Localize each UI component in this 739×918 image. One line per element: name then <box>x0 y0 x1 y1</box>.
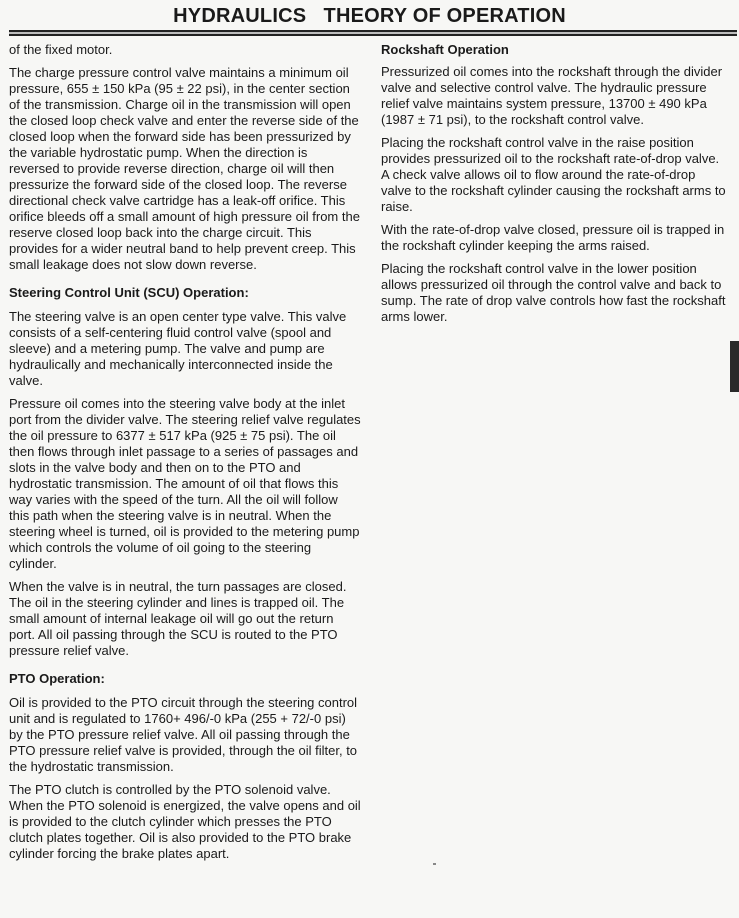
left-column: of the fixed motor. The charge pressure … <box>9 42 361 869</box>
pto-paragraph-2: The PTO clutch is controlled by the PTO … <box>9 782 361 862</box>
rockshaft-paragraph-1: Pressurized oil comes into the rockshaft… <box>381 64 727 128</box>
header-double-rule <box>9 30 737 36</box>
scu-operation-heading: Steering Control Unit (SCU) Operation: <box>9 285 361 301</box>
continued-text: of the fixed motor. <box>9 42 361 58</box>
page-header: HYDRAULICS THEORY OF OPERATION <box>0 0 739 28</box>
right-column: Rockshaft Operation Pressurized oil come… <box>381 42 727 332</box>
scu-paragraph-3: When the valve is in neutral, the turn p… <box>9 579 361 659</box>
rockshaft-operation-heading: Rockshaft Operation <box>381 42 727 58</box>
rockshaft-paragraph-2: Placing the rockshaft control valve in t… <box>381 135 727 215</box>
scan-speck <box>433 863 436 865</box>
rockshaft-paragraph-3: With the rate-of-drop valve closed, pres… <box>381 222 727 254</box>
pto-operation-heading: PTO Operation: <box>9 671 361 687</box>
pto-paragraph-1: Oil is provided to the PTO circuit throu… <box>9 695 361 775</box>
rockshaft-paragraph-4: Placing the rockshaft control valve in t… <box>381 261 727 325</box>
charge-pressure-paragraph: The charge pressure control valve mainta… <box>9 65 361 273</box>
scu-paragraph-1: The steering valve is an open center typ… <box>9 309 361 389</box>
page-title: HYDRAULICS THEORY OF OPERATION <box>0 0 739 28</box>
section-tab-marker <box>730 341 739 392</box>
scu-paragraph-2: Pressure oil comes into the steering val… <box>9 396 361 572</box>
